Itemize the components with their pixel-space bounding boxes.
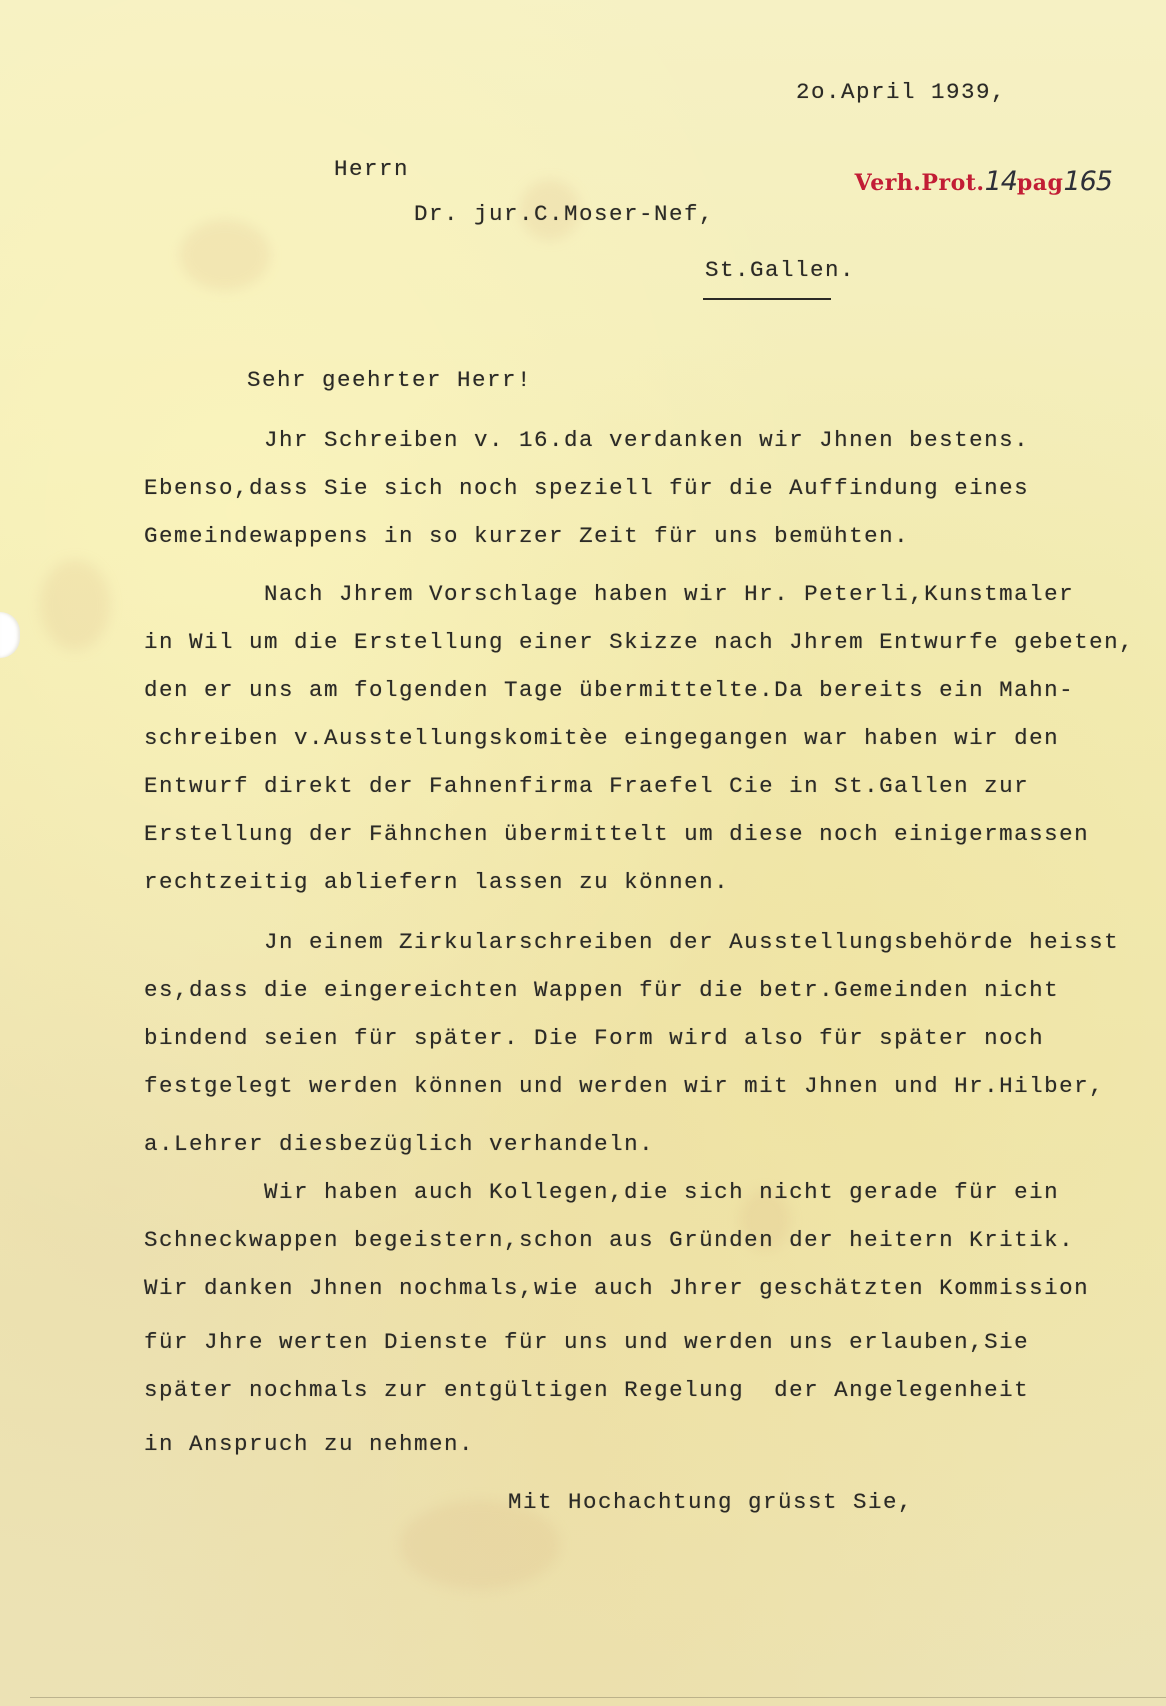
letter-page: 2o.April 1939, Verh.Prot.14pag165 Herrn … [0, 0, 1166, 1706]
body-line: in Wil um die Erstellung einer Skizze na… [144, 628, 1134, 656]
body-line: Erstellung der Fähnchen übermittelt um d… [144, 820, 1089, 848]
body-line: Jhr Schreiben v. 16.da verdanken wir Jhn… [264, 426, 1029, 454]
body-line: Wir danken Jhnen nochmals,wie auch Jhrer… [144, 1274, 1089, 1302]
body-line: Nach Jhrem Vorschlage haben wir Hr. Pete… [264, 580, 1074, 608]
handwritten-volume: 14 [985, 166, 1017, 197]
recipient-salutation: Herrn [334, 155, 409, 183]
stamp-pag: pag [1017, 170, 1064, 196]
body-line: in Anspruch zu nehmen. [144, 1430, 474, 1458]
body-line: Gemeindewappens in so kurzer Zeit für un… [144, 522, 909, 550]
body-line: Schneckwappen begeistern,schon aus Gründ… [144, 1226, 1074, 1254]
body-line: Ebenso,dass Sie sich noch speziell für d… [144, 474, 1029, 502]
letter-date: 2o.April 1939, [796, 78, 1006, 106]
closing: Mit Hochachtung grüsst Sie, [508, 1488, 913, 1516]
body-line: den er uns am folgenden Tage übermittelt… [144, 676, 1074, 704]
body-line: es,dass die eingereichten Wappen für die… [144, 976, 1059, 1004]
recipient-city: St.Gallen. [705, 256, 855, 284]
paper-stain [40, 560, 110, 650]
body-line: später nochmals zur entgültigen Regelung… [144, 1376, 1029, 1404]
recipient-name: Dr. jur.C.Moser-Nef, [414, 200, 714, 228]
paper-stain [180, 220, 270, 290]
body-line: festgelegt werden können und werden wir … [144, 1072, 1104, 1100]
handwritten-page: 165 [1063, 166, 1112, 197]
body-line: a.Lehrer diesbezüglich verhandeln. [144, 1130, 654, 1158]
body-line: rechtzeitig abliefern lassen zu können. [144, 868, 729, 896]
body-line: Entwurf direkt der Fahnenfirma Fraefel C… [144, 772, 1029, 800]
body-line: Wir haben auch Kollegen,die sich nicht g… [264, 1178, 1059, 1206]
body-line: für Jhre werten Dienste für uns und werd… [144, 1328, 1029, 1356]
body-line: Jn einem Zirkularschreiben der Ausstellu… [264, 928, 1119, 956]
protocol-stamp: Verh.Prot.14pag165 [822, 140, 1112, 223]
city-underline [703, 298, 831, 300]
stamp-prefix: Verh.Prot. [855, 170, 985, 196]
punch-hole [0, 612, 20, 658]
body-line: bindend seien für später. Die Form wird … [144, 1024, 1044, 1052]
page-edge-line [30, 1697, 1166, 1698]
greeting: Sehr geehrter Herr! [247, 366, 532, 394]
body-line: schreiben v.Ausstellungskomitèe eingegan… [144, 724, 1059, 752]
